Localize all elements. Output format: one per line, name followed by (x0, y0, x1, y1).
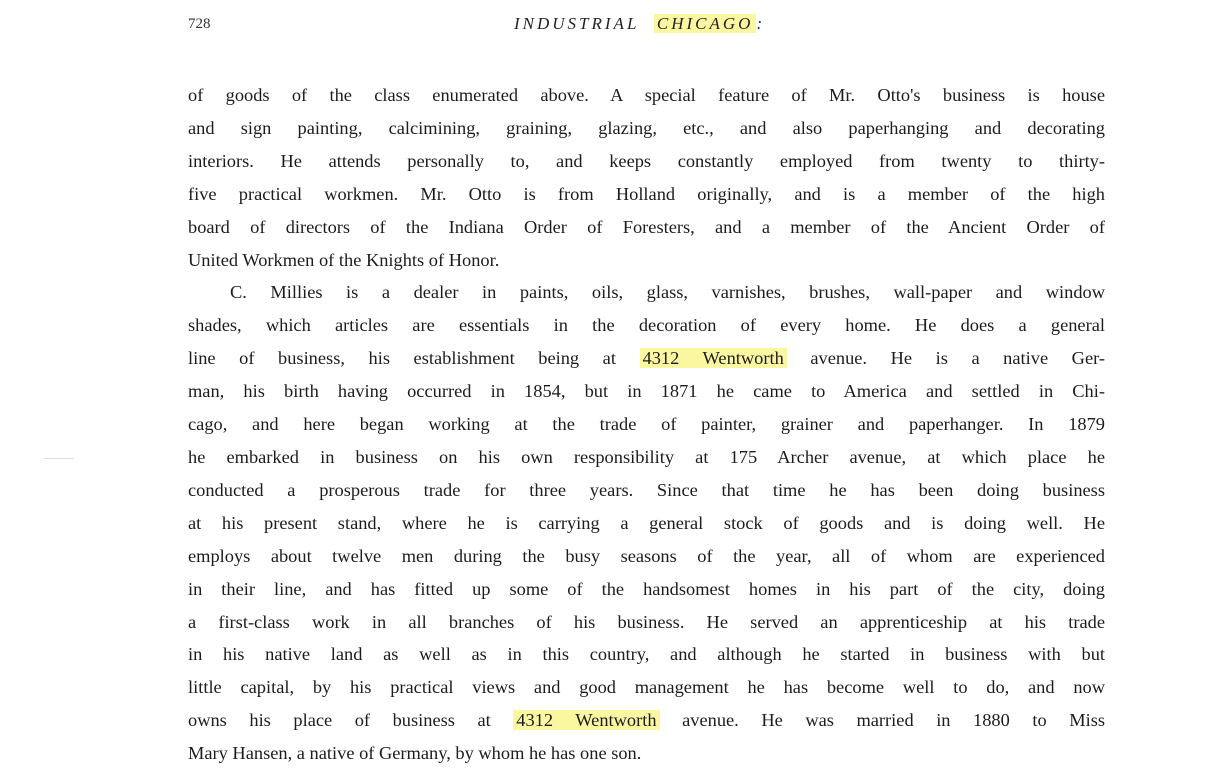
paragraph-otto: of goods of the class enumerated above. … (188, 79, 1105, 276)
running-head: 728 INDUSTRIAL CHICAGO: (188, 14, 1108, 40)
text-line: C. Millies is a dealer in paints, oils, … (188, 276, 1105, 309)
text-segment: avenue. He was married in 1880 to Miss (660, 710, 1105, 730)
text-line-with-highlight: line of business, his establishment bein… (188, 342, 1105, 375)
text-line: United Workmen of the Knights of Honor. (188, 244, 1105, 277)
text-line: board of directors of the Indiana Order … (188, 211, 1105, 244)
margin-mark (44, 458, 74, 459)
text-segment: owns his place of business at (188, 710, 513, 730)
text-line: of goods of the class enumerated above. … (188, 79, 1105, 112)
text-line: five practical workmen. Mr. Otto is from… (188, 178, 1105, 211)
text-line: conducted a prosperous trade for three y… (188, 474, 1105, 507)
text-line: man, his birth having occurred in 1854, … (188, 375, 1105, 408)
text-line: Mary Hansen, a native of Germany, by who… (188, 737, 1105, 770)
text-line: and sign painting, calcimining, graining… (188, 112, 1105, 145)
text-line: he embarked in business on his own respo… (188, 441, 1105, 474)
text-segment: avenue. He is a native Ger- (787, 348, 1105, 368)
address-highlight: 4312 Wentworth (513, 710, 659, 730)
text-line: shades, which articles are essentials in… (188, 309, 1105, 342)
text-line-with-highlight: owns his place of business at 4312 Wentw… (188, 704, 1105, 737)
title-suffix: : (756, 14, 765, 33)
running-title: INDUSTRIAL CHICAGO: (514, 14, 765, 34)
paragraph-millies: C. Millies is a dealer in paints, oils, … (188, 276, 1105, 770)
text-line: interiors. He attends personally to, and… (188, 145, 1105, 178)
body-text: of goods of the class enumerated above. … (188, 79, 1105, 770)
title-highlight: CHICAGO (654, 14, 757, 33)
text-segment: line of business, his establishment bein… (188, 348, 640, 368)
address-highlight: 4312 Wentworth (640, 348, 787, 368)
text-line: a first-class work in all branches of hi… (188, 606, 1105, 639)
text-line: cago, and here began working at the trad… (188, 408, 1105, 441)
text-line: in their line, and has fitted up some of… (188, 573, 1105, 606)
text-line: employs about twelve men during the busy… (188, 540, 1105, 573)
page-number: 728 (188, 16, 211, 33)
text-line: in his native land as well as in this co… (188, 638, 1105, 671)
text-line: little capital, by his practical views a… (188, 671, 1105, 704)
title-prefix: INDUSTRIAL (514, 14, 639, 33)
text-line: at his present stand, where he is carryi… (188, 507, 1105, 540)
document-page: 728 INDUSTRIAL CHICAGO: of goods of the … (0, 0, 1214, 773)
